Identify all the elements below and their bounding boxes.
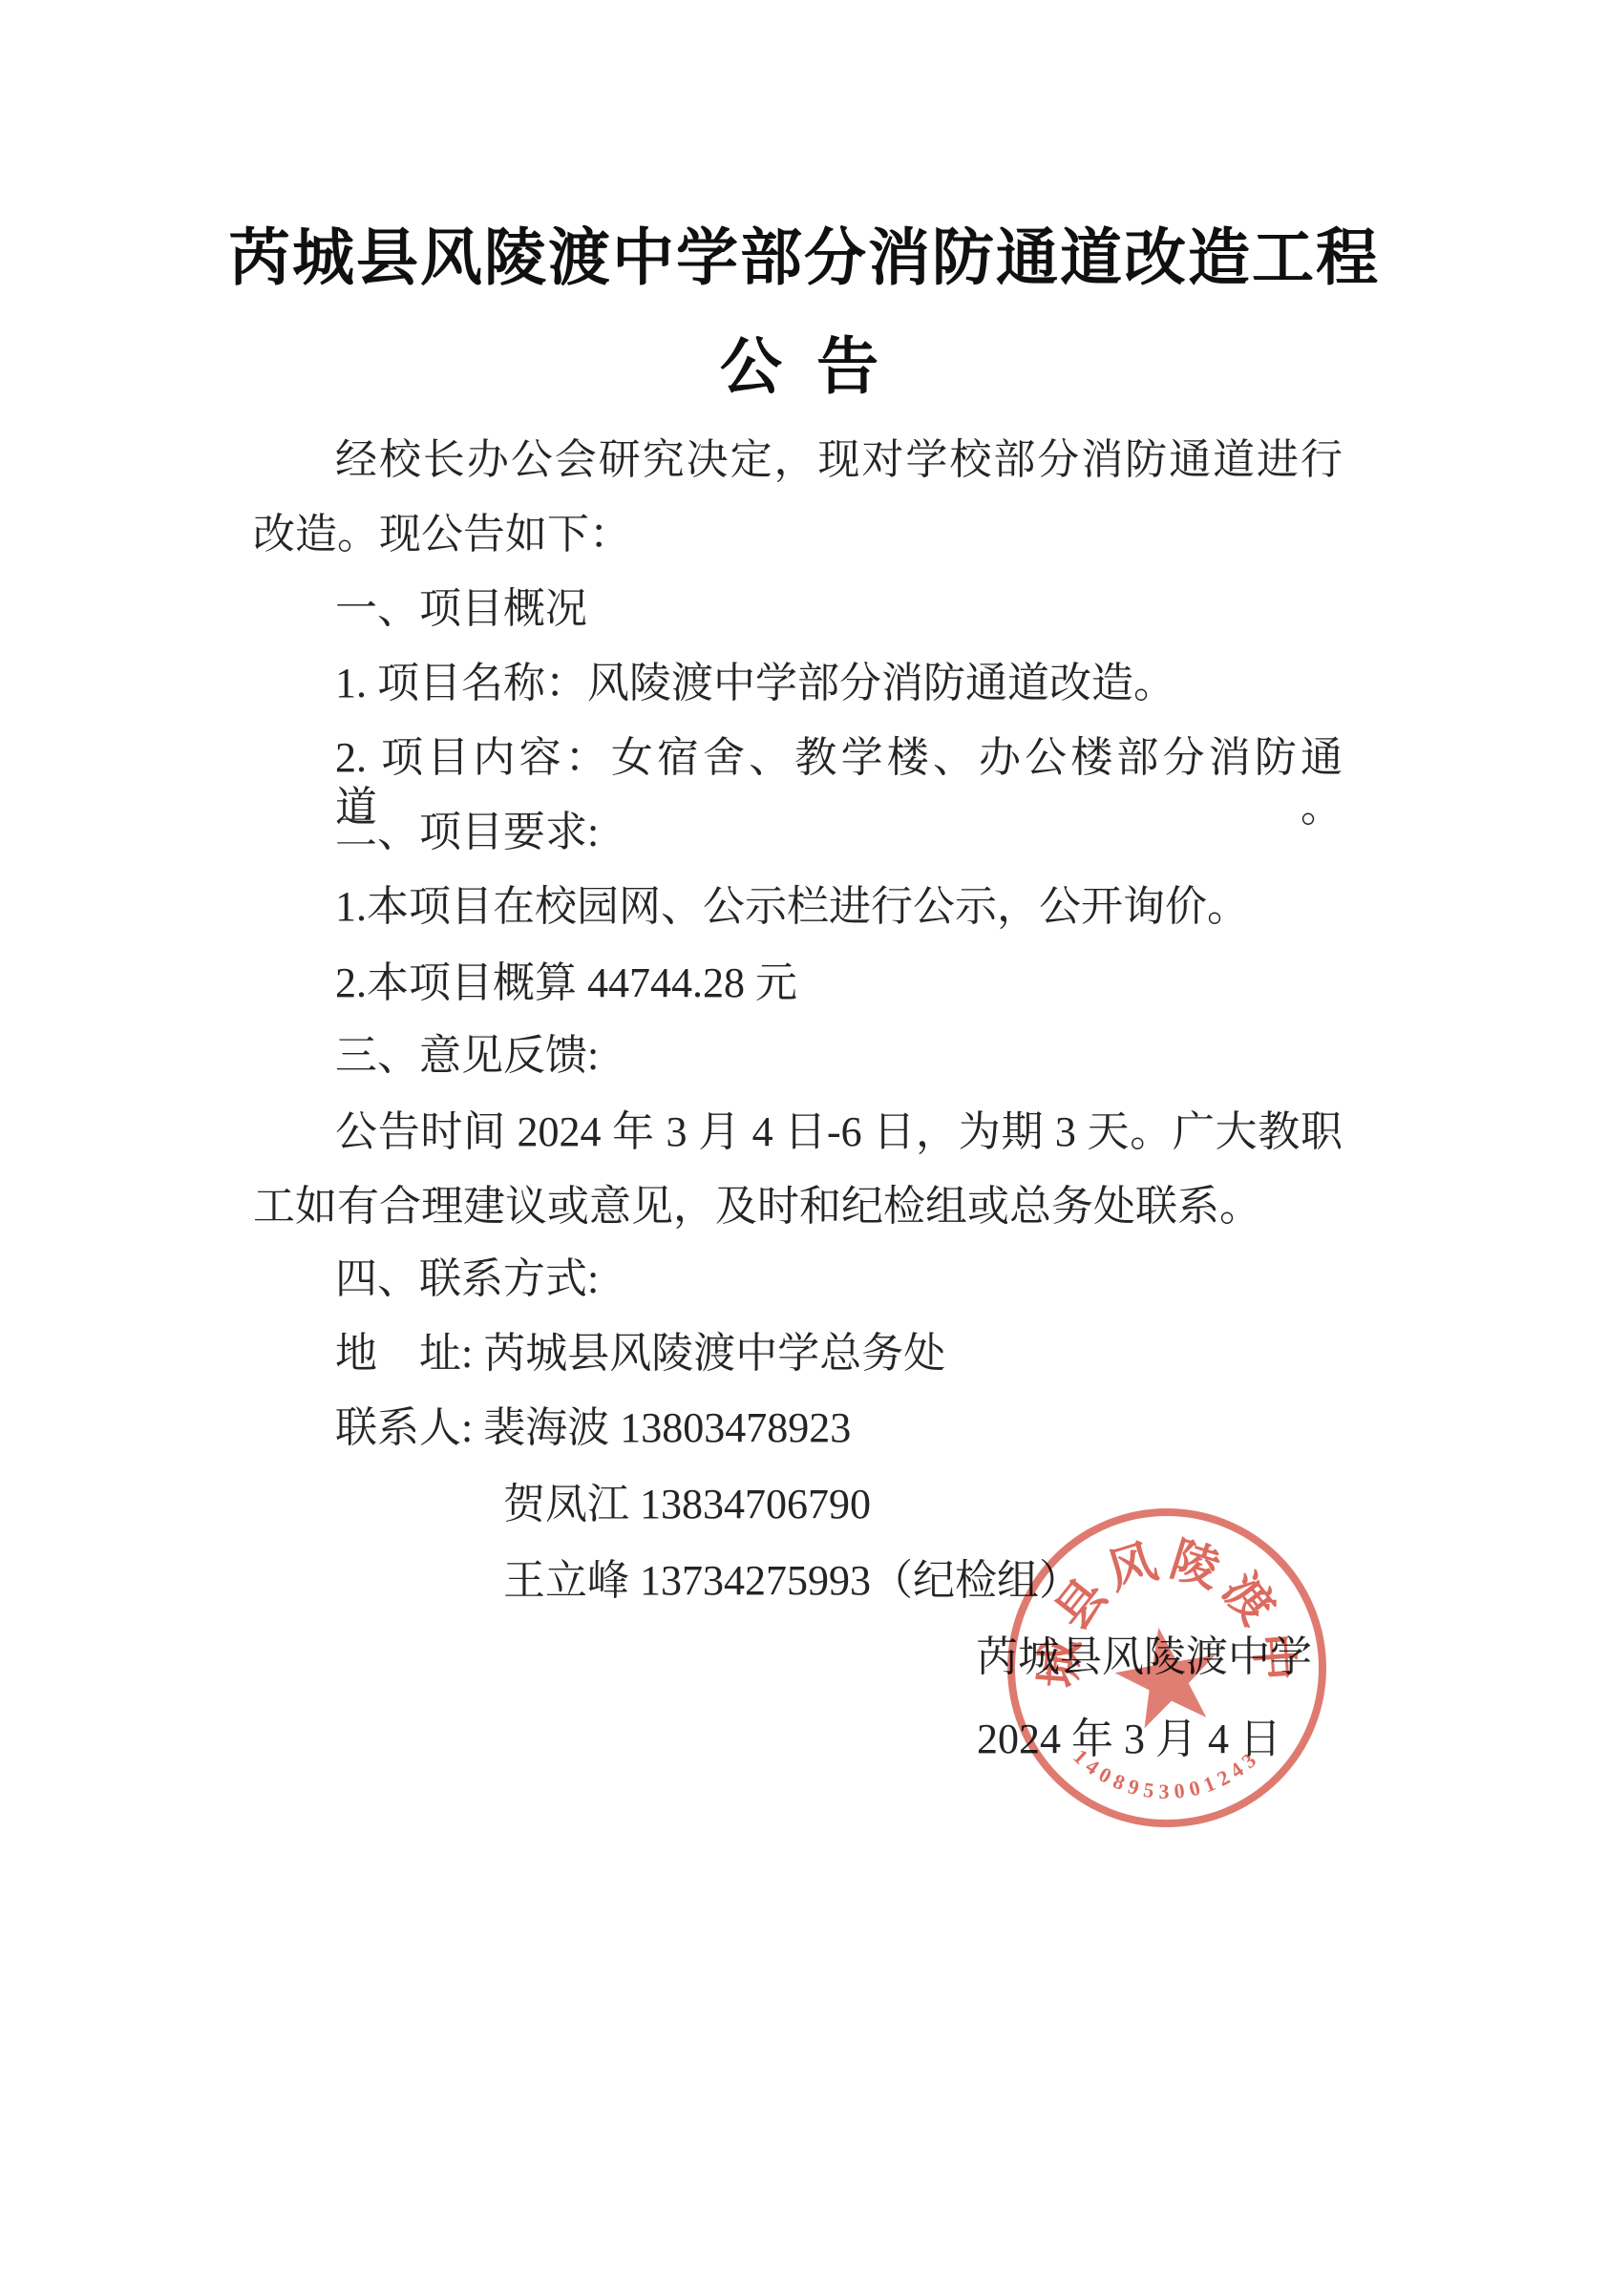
seal-star-icon [1109, 1619, 1226, 1732]
doc-title: 芮城县风陵渡中学部分消防通道改造工程 [0, 225, 1608, 292]
svg-text:1408953001243: 1408953001243 [1068, 1744, 1264, 1803]
section-3-heading: 三、意见反馈: [253, 1031, 1343, 1081]
section-4-heading: 四、联系方式: [253, 1254, 1343, 1304]
para-feedback-line-2: 工如有合理建议或意见，及时和纪检组或总务处联系。 [253, 1182, 1343, 1232]
section-2-heading: 二、项目要求: [253, 808, 1343, 857]
section-1-heading: 一、项目概况 [253, 584, 1343, 634]
para-intro-line-2: 改造。现公告如下： [253, 510, 1343, 559]
item-2-2: 2.本项目概算 44744.28 元 [253, 958, 1343, 1008]
contact-person-1: 联系人: 裴海波 13803478923 [253, 1403, 1343, 1453]
para-intro-line-1: 经校长办公会研究决定，现对学校部分消防通道进行 [253, 435, 1343, 485]
doc-subtitle: 公 告 [0, 334, 1608, 401]
para-feedback-line-1: 公告时间 2024 年 3 月 4 日-6 日，为期 3 天。广大教职 [253, 1107, 1343, 1157]
official-seal: 芮城县风陵渡中学 1408953001243 [995, 1496, 1339, 1840]
seal-serial-number: 1408953001243 [1068, 1744, 1264, 1803]
contact-address: 地 址: 芮城县风陵渡中学总务处 [253, 1329, 1343, 1379]
item-1-1: 1. 项目名称：风陵渡中学部分消防通道改造。 [253, 659, 1343, 708]
item-2-1: 1.本项目在校园网、公示栏进行公示，公开询价。 [253, 882, 1343, 932]
document-page: 芮城县风陵渡中学部分消防通道改造工程 公 告 经校长办公会研究决定，现对学校部分… [0, 0, 1608, 2296]
